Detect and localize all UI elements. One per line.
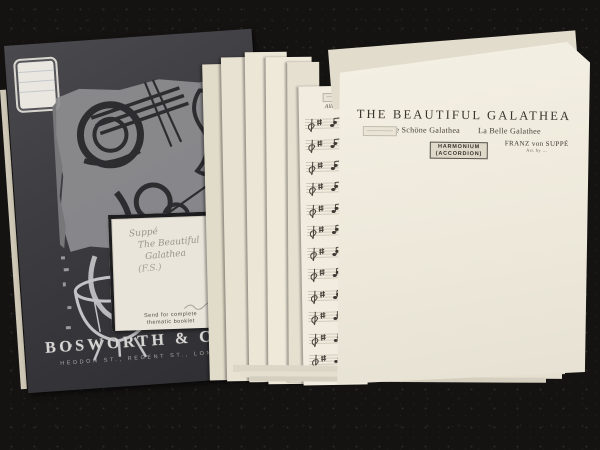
page-title: THE BEAUTIFUL GALATHEA [337, 107, 591, 125]
composer-name: FRANZ von SUPPÉ Arr. by … [505, 139, 569, 153]
subtitle-german: Die Schöne Galathea [387, 125, 460, 135]
title-page: THE BEAUTIFUL GALATHEA Die Schöne Galath… [336, 42, 590, 384]
photo-background: Suppé The Beautiful Galathea (F.S.) Send… [0, 0, 600, 450]
arranger-credit: Arr. by … [505, 147, 569, 153]
instrument-box: HARMONIUM (ACCORDION) [430, 142, 489, 160]
subtitle-french: La Belle Galathee [478, 126, 541, 136]
edition-stamp [363, 126, 397, 136]
